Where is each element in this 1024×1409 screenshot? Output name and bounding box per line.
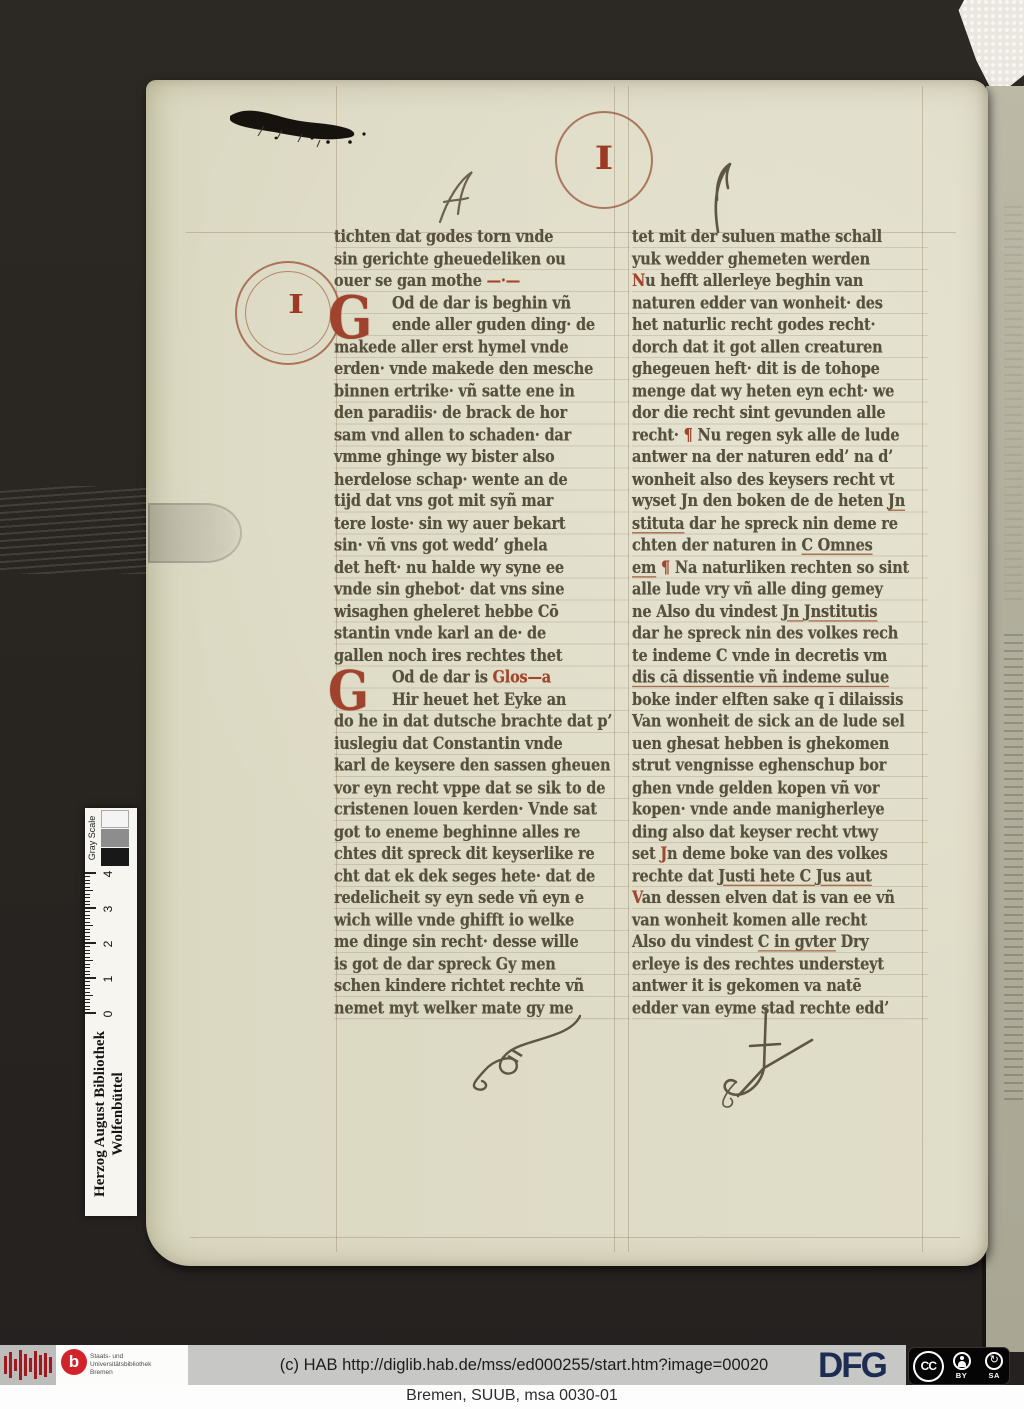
manuscript-text-line: tichten dat godes torn vnde: [334, 226, 630, 248]
left-text-column: G G tichten dat godes torn vndesin geric…: [334, 226, 630, 1019]
manuscript-text-line: alle lude vry vñ alle ding gemey: [632, 579, 928, 601]
manuscript-text-line: Van dessen elven dat is van ee vñ: [632, 887, 928, 909]
manuscript-text-line: Hir heuet het Eyke an: [334, 689, 630, 711]
transparent-page-clip: [148, 503, 242, 563]
ink-blot: [224, 100, 376, 148]
manuscript-text-line: yuk wedder ghemeten werden: [632, 248, 928, 270]
cc-by-person-icon: [953, 1352, 971, 1370]
manuscript-text-line: antwer na der naturen edd’ na d’: [632, 446, 928, 468]
manuscript-text-line: tet mit der suluen mathe schall: [632, 226, 928, 248]
gray-scale-swatches: [101, 810, 129, 866]
manuscript-text-line: te indeme C vnde in decretis vm: [632, 645, 928, 667]
library-name-line1: Herzog August Bibliothek: [91, 1020, 109, 1208]
manuscript-text-line: wich wille vnde ghifft io welke: [334, 909, 630, 931]
manuscript-text-line: ding also dat keyser recht vtwy: [632, 821, 928, 843]
gray-scale-card: Gray Scale: [85, 808, 137, 868]
manuscript-text-line: dar he spreck nin des volkes rech: [632, 623, 928, 645]
manuscript-text-line: binnen ertrike· vñ satte ene in: [334, 380, 630, 402]
manuscript-text-line: wisaghen gheleret hebbe Cō: [334, 601, 630, 623]
manuscript-text-line: vnde sin ghebot· dat vns sine: [334, 579, 630, 601]
manuscript-text-line: do he in dat dutsche brachte dat p’: [334, 711, 630, 733]
swatch-white: [101, 810, 129, 828]
pen-flourish-icon: [468, 1014, 604, 1098]
manuscript-text-line: dis cā dissentie vñ indeme sulue: [632, 667, 928, 689]
manuscript-text-line: sam vnd allen to schaden· dar: [334, 424, 630, 446]
cc-by-block: BY: [947, 1352, 977, 1380]
manuscript-text-line: ghegeuen heft· dit is de tohope: [632, 358, 928, 380]
manuscript-text-line: sin· vñ vns got wedd’ ghela: [334, 534, 630, 556]
manuscript-text-line: got to eneme beghinne alles re: [334, 821, 630, 843]
manuscript-text-line: Van wonheit de sick an de lude sel: [632, 711, 928, 733]
swatch-gray: [101, 829, 129, 847]
manuscript-page: I I G G tichten dat godes torn vndesin g…: [146, 80, 988, 1266]
folio-number-circle: I: [555, 111, 653, 209]
manuscript-text-line: boke inder elften sake q ī dilaissis: [632, 689, 928, 711]
pen-flourish-icon: [702, 160, 744, 234]
cc-sa-arrow-icon: ↻: [985, 1352, 1003, 1370]
cc-license-badge: CC BY ↻ SA: [908, 1347, 1010, 1385]
manuscript-text-line: den paradiis· de brack de hor: [334, 402, 630, 424]
manuscript-text-line: schen kindere richtet rechte vñ: [334, 975, 630, 997]
manuscript-text-line: cht dat ek dek seges hete· dat de: [334, 865, 630, 887]
manuscript-text-line: van wonheit komen alle recht: [632, 909, 928, 931]
manuscript-text-line: set Jn deme boke van des volkes: [632, 843, 928, 865]
pen-flourish-icon: [708, 1006, 824, 1128]
manuscript-text-line: menge dat wy heten eyn echt· we: [632, 380, 928, 402]
manuscript-text-line: stituta dar he spreck nin deme re: [632, 512, 928, 534]
cm-ruler: 01234: [85, 868, 137, 1020]
library-label-strip: Herzog August Bibliothek Wolfenbüttel 01…: [85, 808, 137, 1216]
manuscript-text-line: naturen edder van wonheit· des: [632, 292, 928, 314]
manuscript-text-line: strut vengnisse eghenschup bor: [632, 755, 928, 777]
manuscript-text-line: wyset Jn den boken de de heten Jn: [632, 490, 928, 512]
manuscript-text-line: Od de dar is Glos—a: [334, 667, 630, 689]
manuscript-text-line: gallen noch ires rechtes thet: [334, 645, 630, 667]
manuscript-text-line: antwer it is gekomen va natē: [632, 975, 928, 997]
dfg-logo: DFG: [818, 1345, 886, 1385]
ghost-text-strip: [1004, 634, 1023, 1104]
manuscript-text-line: het naturlic recht godes recht·: [632, 314, 928, 336]
suub-bars-logo: [0, 1345, 56, 1385]
red-initial: G: [328, 664, 369, 718]
bremen-library-logo: b Staats- und Universitätsbibliothek Bre…: [56, 1345, 188, 1385]
cc-sa-block: ↻ SA: [979, 1352, 1009, 1380]
library-name-line2: Wolfenbüttel: [109, 1020, 127, 1208]
digitized-manuscript-photo: I I G G tichten dat godes torn vndesin g…: [0, 0, 1024, 1409]
margin-numeral: I: [257, 290, 335, 320]
manuscript-text-line: em ¶ Na naturliken rechten so sint: [632, 557, 928, 579]
next-page-edge: [986, 86, 1024, 1352]
gray-scale-label: Gray Scale: [87, 808, 97, 868]
manuscript-text-line: ende aller guden ding· de: [334, 314, 630, 336]
manuscript-text-line: karl de keysere den sassen gheuen: [334, 755, 630, 777]
bremen-logo-text: Staats- und Universitätsbibliothek Breme…: [90, 1353, 151, 1377]
manuscript-text-line: rechte dat Justi hete C Jus aut: [632, 865, 928, 887]
manuscript-text-line: redelicheit sy eyn sede vñ eyn e: [334, 887, 630, 909]
manuscript-text-line: erleye is des rechtes understeyt: [632, 953, 928, 975]
manuscript-text-line: makede aller erst hymel vnde: [334, 336, 630, 358]
manuscript-text-line: tere loste· sin wy auer bekart: [334, 512, 630, 534]
manuscript-text-line: herdelose schap· wente an de: [334, 468, 630, 490]
swatch-black: [101, 848, 129, 866]
manuscript-text-line: ne Also du vindest Jn Jnstitutis: [632, 601, 928, 623]
manuscript-text-line: dorch dat it got allen creaturen: [632, 336, 928, 358]
bremen-b-icon: b: [61, 1349, 87, 1375]
manuscript-text-line: wonheit also des keysers recht vt: [632, 468, 928, 490]
manuscript-text-line: recht· ¶ Nu regen syk alle de lude: [632, 424, 928, 446]
ghost-text-strip: [1004, 206, 1023, 606]
manuscript-text-line: sin gerichte gheuedeliken ou: [334, 248, 630, 270]
shelfmark-caption: Bremen, SUUB, msa 0030-01: [0, 1385, 1024, 1409]
manuscript-text-line: erden· vnde makede den mesche: [334, 358, 630, 380]
manuscript-text-line: vmme ghinge wy bister also: [334, 446, 630, 468]
pen-flourish-icon: [434, 168, 480, 232]
cc-icon: CC: [913, 1351, 944, 1382]
ruling-line: [190, 1237, 960, 1238]
manuscript-text-line: Od de dar is beghin vñ: [334, 292, 630, 314]
manuscript-text-line: uen ghesat hebben is ghekomen: [632, 733, 928, 755]
footer-bar: b Staats- und Universitätsbibliothek Bre…: [0, 1345, 906, 1385]
manuscript-text-line: cristenen louen kerden· Vnde sat: [334, 799, 630, 821]
copyright-line: (c) HAB http://diglib.hab.de/mss/ed00025…: [260, 1345, 788, 1385]
right-text-column: tet mit der suluen mathe schallyuk wedde…: [632, 226, 928, 1019]
manuscript-text-line: stantin vnde karl an de· de: [334, 623, 630, 645]
red-initial: G: [328, 289, 372, 348]
cc-sa-label: SA: [988, 1371, 999, 1380]
manuscript-text-line: det heft· nu halde wy syne ee: [334, 557, 630, 579]
manuscript-text-line: ghen vnde gelden kopen vñ vor: [632, 777, 928, 799]
folio-numeral: I: [545, 139, 663, 177]
manuscript-text-line: ouer se gan mothe —·—: [334, 270, 630, 292]
manuscript-text-line: is got de dar spreck Gy men: [334, 953, 630, 975]
library-name: Herzog August Bibliothek Wolfenbüttel: [85, 1020, 137, 1216]
manuscript-text-line: Also du vindest C in gvter Dry: [632, 931, 928, 953]
manuscript-text-line: iuslegiu dat Constantin vnde: [334, 733, 630, 755]
manuscript-text-line: kopen· vnde ande manigherleye: [632, 799, 928, 821]
cc-by-label: BY: [956, 1371, 967, 1380]
manuscript-text-line: dor die recht sint gevunden alle: [632, 402, 928, 424]
manuscript-text-line: Nu hefft allerleye beghin van: [632, 270, 928, 292]
manuscript-text-line: tijd dat vns got mit syñ mar: [334, 490, 630, 512]
manuscript-text-line: me dinge sin recht· desse wille: [334, 931, 630, 953]
manuscript-text-line: vor eyn recht vppe dat se sik to de: [334, 777, 630, 799]
manuscript-text-line: chten der naturen in C Omnes: [632, 534, 928, 556]
manuscript-text-line: chtes dit spreck dit keyserlike re: [334, 843, 630, 865]
